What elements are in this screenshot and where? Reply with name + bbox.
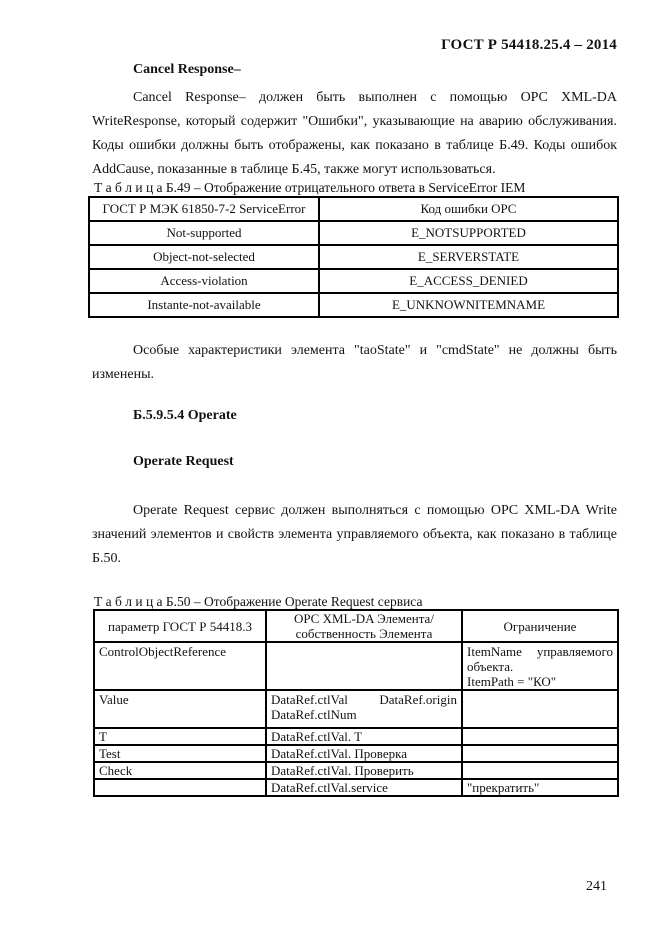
cell-limit: ItemName управляемого объекта. ItemPath … — [462, 642, 618, 690]
limit-line: ItemName управляемого — [467, 644, 613, 659]
table-row: Instante-not-available E_UNKNOWNITEMNAME — [89, 293, 618, 317]
table-row: ControlObjectReference ItemName управляе… — [94, 642, 618, 690]
table-b50-header-row: параметр ГОСТ Р 54418.3 OPC XML-DA Элеме… — [94, 610, 618, 642]
cell-service-error: Instante-not-available — [89, 293, 319, 317]
table-row: Value DataRef.ctlVal DataRef.origin Data… — [94, 690, 618, 728]
opc-line: DataRef.ctlNum — [271, 707, 457, 722]
cell-opc-code: E_UNKNOWNITEMNAME — [319, 293, 618, 317]
heading-operate-request: Operate Request — [133, 454, 234, 470]
cell-service-error: Object-not-selected — [89, 245, 319, 269]
cell-limit — [462, 745, 618, 762]
table-row: T DataRef.ctlVal. T — [94, 728, 618, 745]
header-line: собственность Элемента — [271, 626, 457, 641]
table-b49-header-opc-code: Код ошибки OPC — [319, 197, 618, 221]
cell-param: T — [94, 728, 266, 745]
table-b50: параметр ГОСТ Р 54418.3 OPC XML-DA Элеме… — [93, 609, 619, 797]
cell-limit — [462, 762, 618, 779]
opc-word: DataRef.origin — [379, 692, 457, 707]
cell-opc-code: E_NOTSUPPORTED — [319, 221, 618, 245]
table-b49-header-service-error: ГОСТ Р МЭК 61850-7-2 ServiceError — [89, 197, 319, 221]
table-b49-caption: Т а б л и ц а Б.49 – Отображение отрицат… — [94, 180, 619, 196]
paragraph-special-characteristics: Особые характеристики элемента "taoState… — [92, 339, 617, 387]
table-b50-caption: Т а б л и ц а Б.50 – Отображение Operate… — [94, 594, 619, 610]
cell-limit — [462, 690, 618, 728]
cell-param — [94, 779, 266, 796]
table-row: DataRef.ctlVal.service "прекратить" — [94, 779, 618, 796]
table-b50-header-opc-element: OPC XML-DA Элемента/ собственность Элеме… — [266, 610, 462, 642]
paragraph-cancel-response: Cancel Response– должен быть выполнен с … — [92, 86, 617, 182]
table-b50-header-limit: Ограничение — [462, 610, 618, 642]
cell-opc: DataRef.ctlVal. T — [266, 728, 462, 745]
opc-word: DataRef.ctlVal — [271, 692, 348, 707]
document-page: ГОСТ Р 54418.25.4 – 2014 Cancel Response… — [0, 0, 661, 935]
cell-param: ControlObjectReference — [94, 642, 266, 690]
heading-section-operate: Б.5.9.5.4 Operate — [133, 408, 237, 424]
cell-limit — [462, 728, 618, 745]
cell-param: Test — [94, 745, 266, 762]
limit-line: объекта. — [467, 659, 613, 674]
cell-param: Value — [94, 690, 266, 728]
opc-line: DataRef.ctlVal DataRef.origin — [271, 692, 457, 707]
table-b49-header-row: ГОСТ Р МЭК 61850-7-2 ServiceError Код ош… — [89, 197, 618, 221]
cell-service-error: Not-supported — [89, 221, 319, 245]
cell-limit: "прекратить" — [462, 779, 618, 796]
page-number: 241 — [586, 879, 607, 895]
paragraph-operate-request: Operate Request сервис должен выполнятьс… — [92, 499, 617, 571]
header-line: OPC XML-DA Элемента/ — [271, 611, 457, 626]
cell-opc: DataRef.ctlVal DataRef.origin DataRef.ct… — [266, 690, 462, 728]
cell-service-error: Access-violation — [89, 269, 319, 293]
cell-opc: DataRef.ctlVal.service — [266, 779, 462, 796]
cell-opc-code: E_ACCESS_DENIED — [319, 269, 618, 293]
limit-line: ItemPath = "КО" — [467, 674, 613, 689]
table-row: Check DataRef.ctlVal. Проверить — [94, 762, 618, 779]
document-header-title: ГОСТ Р 54418.25.4 – 2014 — [441, 37, 617, 54]
table-b50-header-param: параметр ГОСТ Р 54418.3 — [94, 610, 266, 642]
limit-word: управляемого — [537, 644, 613, 659]
cell-opc-code: E_SERVERSTATE — [319, 245, 618, 269]
cell-opc: DataRef.ctlVal. Проверить — [266, 762, 462, 779]
cell-param: Check — [94, 762, 266, 779]
cell-opc — [266, 642, 462, 690]
limit-word: ItemName — [467, 644, 522, 659]
table-b49: ГОСТ Р МЭК 61850-7-2 ServiceError Код ош… — [88, 196, 619, 318]
heading-cancel-response: Cancel Response– — [133, 62, 241, 78]
table-row: Not-supported E_NOTSUPPORTED — [89, 221, 618, 245]
table-row: Access-violation E_ACCESS_DENIED — [89, 269, 618, 293]
table-row: Object-not-selected E_SERVERSTATE — [89, 245, 618, 269]
table-row: Test DataRef.ctlVal. Проверка — [94, 745, 618, 762]
cell-opc: DataRef.ctlVal. Проверка — [266, 745, 462, 762]
